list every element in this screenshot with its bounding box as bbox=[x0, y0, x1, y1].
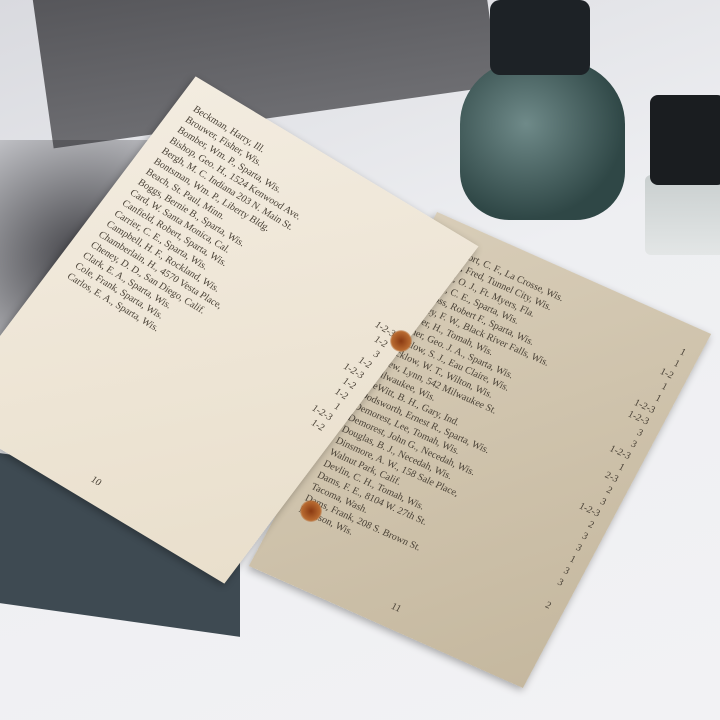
ink-bottle-cap bbox=[650, 95, 720, 185]
photo-scene: Davenport, C. F., La Crosse, Wis.1DeMoe,… bbox=[0, 0, 720, 720]
entry-code bbox=[536, 610, 548, 624]
ink-bottle-glass bbox=[460, 60, 625, 220]
rust-stain bbox=[300, 500, 322, 522]
ink-bottle-large bbox=[460, 0, 625, 220]
ink-bottle-small bbox=[645, 95, 720, 255]
ink-bottle-glass bbox=[645, 175, 720, 255]
ink-bottle-cap bbox=[490, 0, 590, 75]
rust-stain bbox=[390, 330, 412, 352]
